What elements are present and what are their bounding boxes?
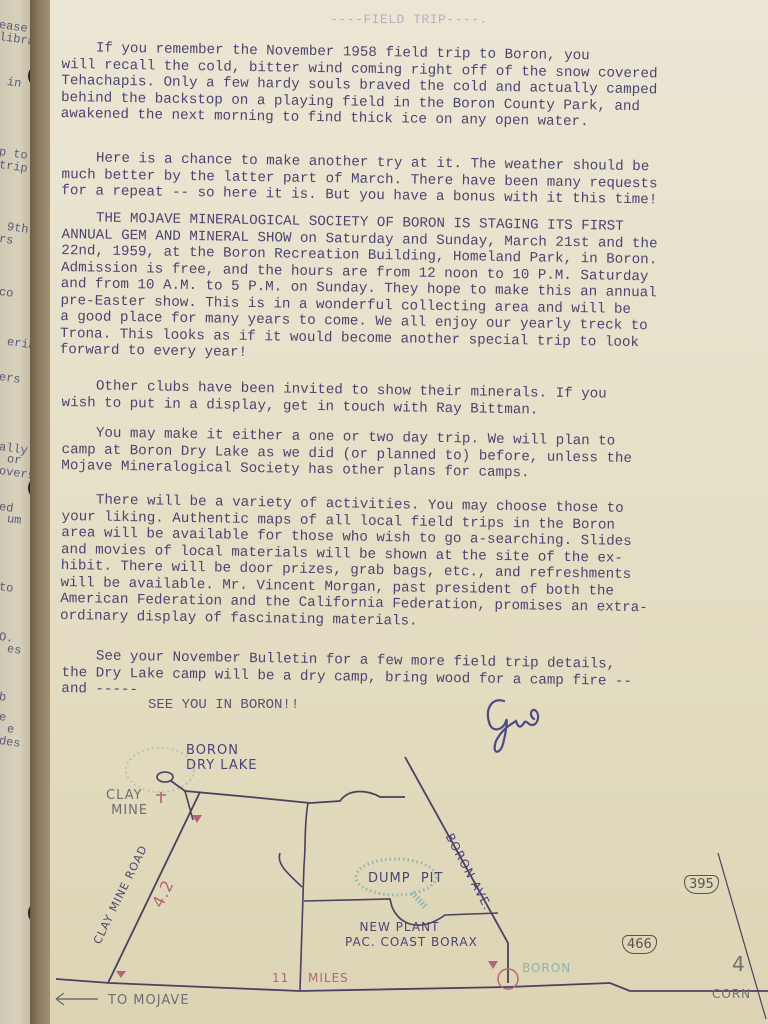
- label-corner: CORN: [712, 987, 751, 1002]
- facing-page-text: erial: [6, 335, 30, 354]
- facing-page-text: e: [0, 710, 7, 725]
- label-new-plant: NEW PLANT PAC. COAST BORAX: [345, 920, 478, 950]
- paragraph-5: You may make it either a one or two day …: [61, 425, 762, 485]
- facing-page-text: in: [6, 75, 22, 91]
- highway-466-shield: 466: [622, 935, 657, 954]
- facing-page-text: des: [0, 734, 21, 751]
- book-gutter: [30, 0, 52, 1024]
- facing-page-text: es: [6, 642, 22, 658]
- facing-page-text: overs: [0, 464, 30, 483]
- paragraph-4: Other clubs have been invited to show th…: [61, 378, 761, 422]
- paragraph-6: There will be a variety of activities. Y…: [60, 492, 762, 635]
- facing-page-text: um: [6, 512, 22, 528]
- label-boron-town: BORON: [522, 961, 571, 976]
- label-corner-distance: 4: [732, 957, 746, 972]
- highway-395-shield: 395: [684, 875, 719, 894]
- facing-page-text: b: [0, 690, 7, 705]
- facing-page: easelibrarinp totrip9th.rscoerialersally…: [0, 0, 30, 1024]
- label-clay-mine: CLAY MINE: [106, 788, 148, 818]
- facing-page-text: ers: [0, 370, 21, 387]
- facing-page-text: trip: [0, 158, 29, 176]
- facing-page-text: librar: [0, 30, 30, 50]
- label-dump-pit: DUMP PIT: [368, 871, 443, 886]
- document-page: ----FIELD TRIP----. If you remember the …: [50, 0, 768, 1024]
- label-boron-dry-lake: BORON DRY LAKE: [186, 743, 257, 773]
- label-to-mojave: TO MOJAVE: [108, 993, 190, 1008]
- signoff-text: SEE YOU IN BORON!!: [148, 697, 299, 713]
- paragraph-3: THE MOJAVE MINERALOGICAL SOCIETY OF BORO…: [60, 210, 762, 369]
- facing-page-text: co: [0, 285, 14, 301]
- paragraph-2: Here is a chance to make another try at …: [61, 150, 762, 210]
- facing-page-text: rs: [0, 232, 14, 248]
- label-miles-value: 11: [272, 971, 289, 986]
- field-trip-map: BORON DRY LAKE CLAY MINE CLAY MINE ROAD …: [50, 735, 768, 1024]
- paragraph-1: If you remember the November 1958 field …: [61, 40, 762, 133]
- label-miles: MILES: [308, 971, 349, 986]
- document-title: ----FIELD TRIP----.: [50, 12, 768, 27]
- facing-page-text: to: [0, 580, 14, 596]
